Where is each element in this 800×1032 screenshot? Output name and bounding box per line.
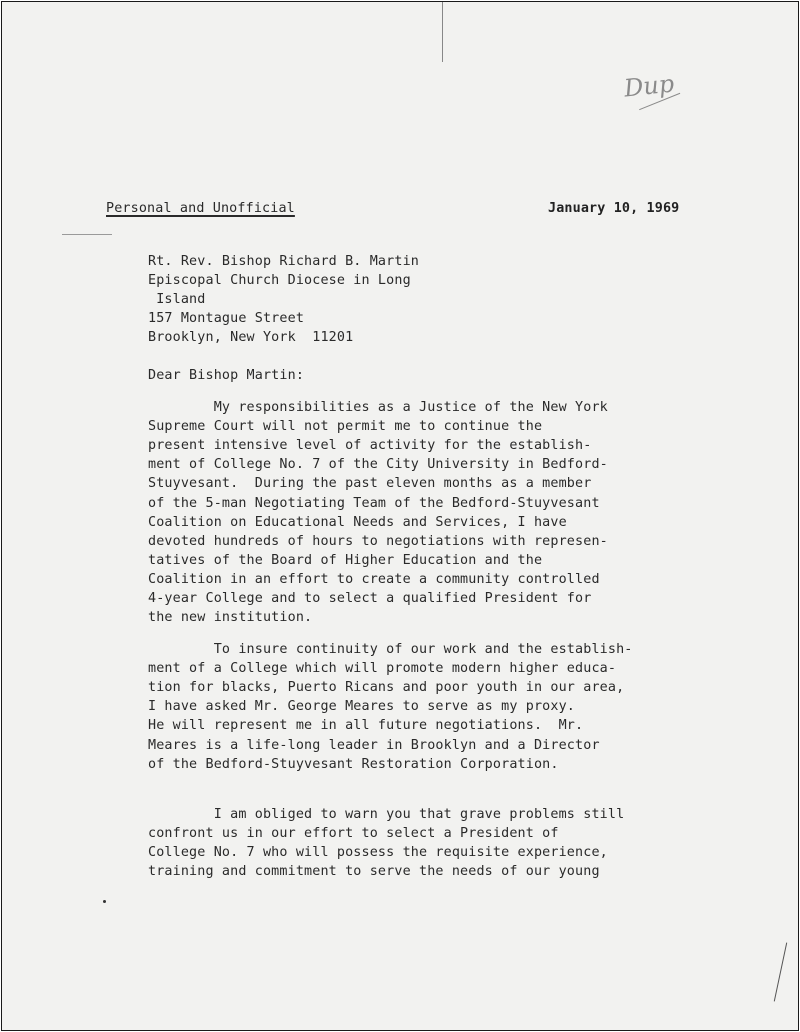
scan-mark <box>442 2 443 62</box>
body-line: Stuyvesant. During the past eleven month… <box>148 475 591 493</box>
body-line: of the 5-man Negotiating Team of the Bed… <box>148 495 600 513</box>
body-line: Coalition in an effort to create a commu… <box>148 571 600 589</box>
body-line: Coalition on Educational Needs and Servi… <box>148 514 567 532</box>
body-line: College No. 7 who will possess the requi… <box>148 844 608 862</box>
body-line: He will represent me in all future negot… <box>148 717 583 735</box>
address-line: Episcopal Church Diocese in Long <box>148 272 411 290</box>
handwritten-note: Dup <box>623 69 676 102</box>
body-line: Meares is a life-long leader in Brooklyn… <box>148 737 600 755</box>
scan-artifact <box>62 234 112 235</box>
letter-date: January 10, 1969 <box>548 200 679 218</box>
address-line: Rt. Rev. Bishop Richard B. Martin <box>148 253 419 271</box>
address-line: Brooklyn, New York 11201 <box>148 329 353 347</box>
body-line: Supreme Court will not permit me to cont… <box>148 418 542 436</box>
body-line: To insure continuity of our work and the… <box>148 641 633 659</box>
header-personal-unofficial: Personal and Unofficial <box>106 200 295 218</box>
salutation: Dear Bishop Martin: <box>148 367 304 385</box>
body-line: My responsibilities as a Justice of the … <box>148 399 608 417</box>
body-line: I have asked Mr. George Meares to serve … <box>148 698 575 716</box>
body-line: I am obliged to warn you that grave prob… <box>148 806 624 824</box>
body-line: confront us in our effort to select a Pr… <box>148 825 559 843</box>
body-line: devoted hundreds of hours to negotiation… <box>148 533 608 551</box>
body-line: tion for blacks, Puerto Ricans and poor … <box>148 679 624 697</box>
body-line: ment of College No. 7 of the City Univer… <box>148 456 608 474</box>
body-line: 4-year College and to select a qualified… <box>148 590 591 608</box>
scan-artifact <box>774 943 787 1002</box>
scan-speck <box>103 900 106 903</box>
letter-page: Dup Personal and Unofficial January 10, … <box>1 1 799 1031</box>
address-line: Island <box>148 291 205 309</box>
body-line: tatives of the Board of Higher Education… <box>148 552 542 570</box>
address-line: 157 Montague Street <box>148 310 304 328</box>
body-line: training and commitment to serve the nee… <box>148 863 600 881</box>
body-line: of the Bedford-Stuyvesant Restoration Co… <box>148 756 559 774</box>
body-line: ment of a College which will promote mod… <box>148 660 616 678</box>
body-line: the new institution. <box>148 609 312 627</box>
body-line: present intensive level of activity for … <box>148 437 591 455</box>
